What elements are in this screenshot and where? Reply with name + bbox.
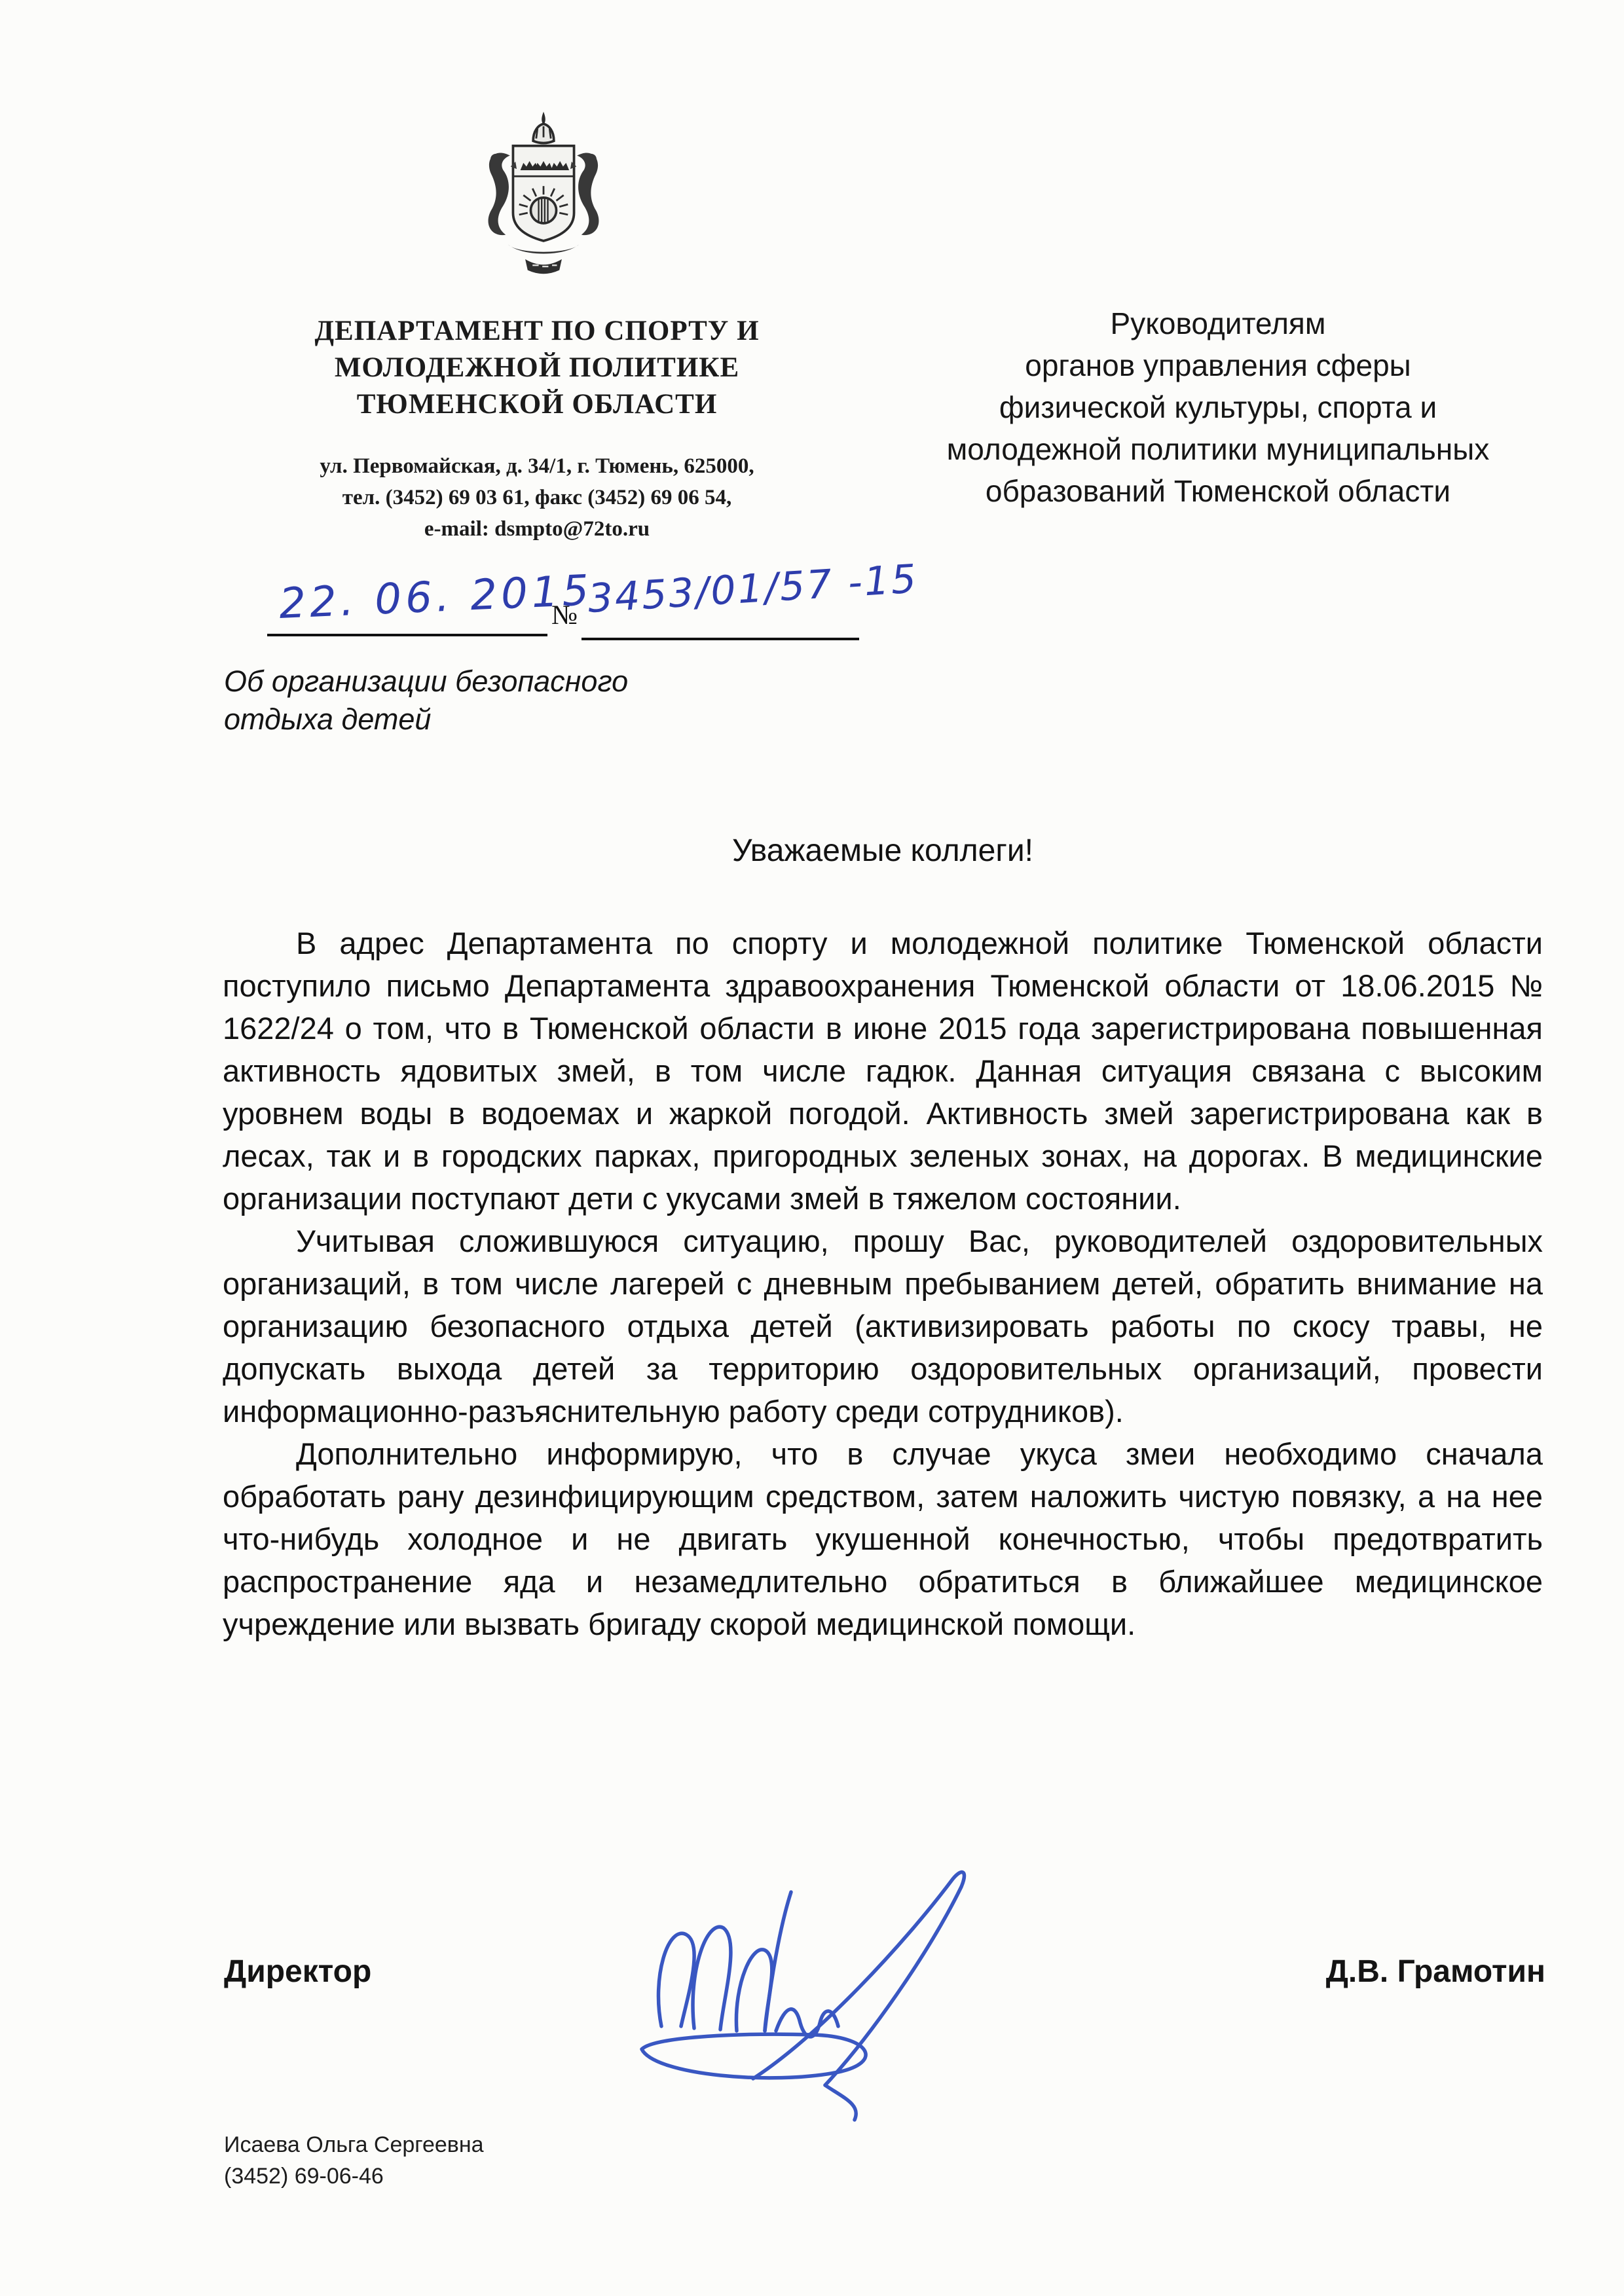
signature-scribble-icon xyxy=(622,1846,1028,2134)
addressee-line-2: органов управления сферы xyxy=(864,344,1572,386)
executor-block: Исаева Ольга Сергеевна (3452) 69-06-46 xyxy=(224,2129,484,2192)
paragraph-1: В адрес Департамента по спорту и молодеж… xyxy=(223,922,1543,1220)
number-sign: № xyxy=(551,600,578,631)
subject-line-2: отдыха детей xyxy=(224,701,628,738)
addressee-line-4: молодежной политики муниципальных xyxy=(864,428,1572,470)
letterhead-street-line: ул. Первомайская, д. 34/1, г. Тюмень, 62… xyxy=(229,450,845,482)
number-underline xyxy=(581,638,859,640)
addressee-line-3: физической культуры, спорта и xyxy=(864,386,1572,428)
org-name-line-2: МОЛОДЕЖНОЙ ПОЛИТИКЕ xyxy=(229,350,845,386)
signer-name: Д.В. Грамотин xyxy=(1283,1954,1545,1990)
crest-ribbon xyxy=(508,245,579,274)
salutation: Уважаемые коллеги! xyxy=(223,833,1543,869)
paragraph-2: Учитывая сложившуюся ситуацию, прошу Вас… xyxy=(223,1220,1543,1432)
tyumen-coat-of-arms-icon xyxy=(452,108,635,285)
addressee-line-1: Руководителям xyxy=(864,302,1572,344)
executor-phone: (3452) 69-06-46 xyxy=(224,2160,484,2192)
addressee-line-5: образований Тюменской области xyxy=(864,470,1572,512)
org-name-line-3: ТЮМЕНСКОЙ ОБЛАСТИ xyxy=(229,386,845,423)
subject-line-1: Об организации безопасного xyxy=(224,663,628,701)
handwritten-date: 22. 06. 2015 xyxy=(278,566,594,629)
addressee-block: Руководителям органов управления сферы ф… xyxy=(864,302,1572,512)
executor-name: Исаева Ольга Сергеевна xyxy=(224,2129,484,2160)
subject-block: Об организации безопасного отдыха детей xyxy=(224,663,628,738)
letter-page: ДЕПАРТАМЕНТ ПО СПОРТУ И МОЛОДЕЖНОЙ ПОЛИТ… xyxy=(0,0,1624,2296)
date-underline xyxy=(267,634,547,636)
letterhead: ДЕПАРТАМЕНТ ПО СПОРТУ И МОЛОДЕЖНОЙ ПОЛИТ… xyxy=(229,313,845,545)
letterhead-phone-line: тел. (3452) 69 03 61, факс (3452) 69 06 … xyxy=(229,482,845,513)
handwritten-number: 3453/01/57 -15 xyxy=(587,556,919,622)
org-name-line-1: ДЕПАРТАМЕНТ ПО СПОРТУ И xyxy=(229,313,845,350)
signer-position: Директор xyxy=(224,1954,371,1990)
letter-body: В адрес Департамента по спорту и молодеж… xyxy=(223,922,1543,1645)
paragraph-3: Дополнительно информирую, что в случае у… xyxy=(223,1432,1543,1645)
letterhead-email-line: e-mail: dsmpto@72to.ru xyxy=(229,513,845,545)
